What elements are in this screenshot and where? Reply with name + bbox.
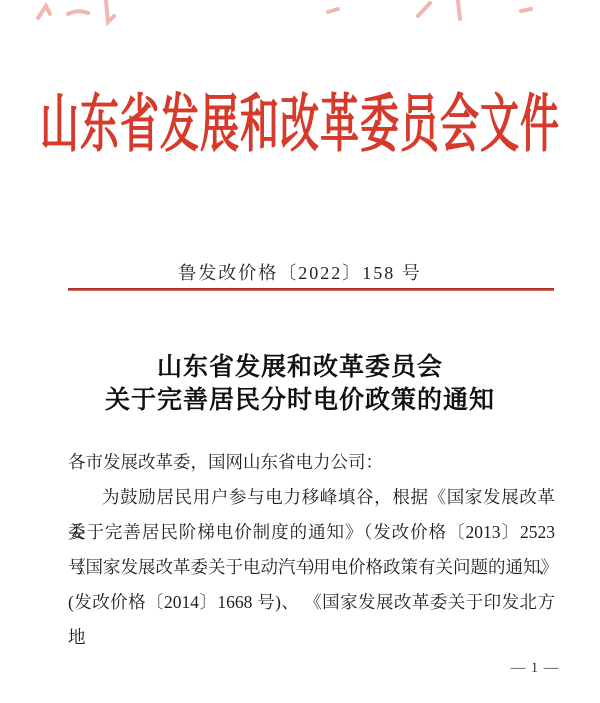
salutation-line: 各市发展改革委，国网山东省电力公司： [68,445,555,480]
notice-title: 山东省发展和改革委员会 关于完善居民分时电价政策的通知 [0,351,600,417]
paragraph-line: 为鼓励居民用户参与电力移峰填谷，根据《国家发展改革委 [68,480,555,515]
paragraph-line: (发改价格〔2014〕1668 号)、 《国家发展改革委关于印发北方地 [68,585,555,620]
notice-title-line1: 山东省发展和改革委员会 [0,351,600,384]
scan-artifacts [0,0,600,30]
document-page: 山东省发展和改革委员会文件 鲁发改价格〔2022〕158 号 山东省发展和改革委… [0,0,600,703]
letterhead-banner: 山东省发展和改革委员会文件 [0,104,600,156]
paragraph-line: 关于完善居民阶梯电价制度的通知》（发改价格〔2013〕2523 号）、 [68,515,555,550]
page-number: — 1 — [500,660,570,677]
doc-reference-number: 鲁发改价格〔2022〕158 号 [0,261,600,285]
agency-banner-title: 山东省发展和改革委员会文件 [40,90,560,161]
paragraph-line: 《国家发展改革委关于电动汽车用电价格政策有关问题的通知》 [68,550,555,585]
notice-title-line2: 关于完善居民分时电价政策的通知 [0,384,600,417]
notice-body: 各市发展改革委，国网山东省电力公司： 为鼓励居民用户参与电力移峰填谷，根据《国家… [68,445,555,620]
red-divider-rule [68,288,554,291]
